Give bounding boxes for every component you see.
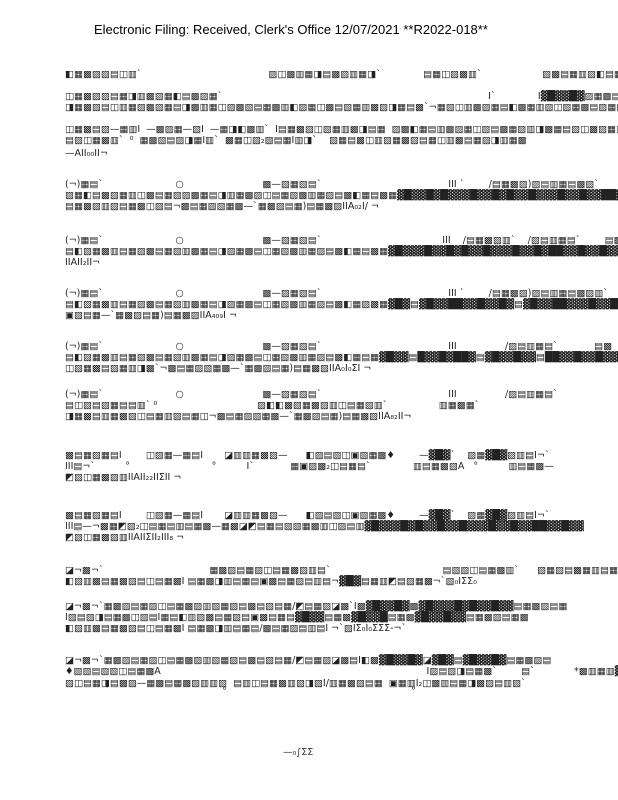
paragraph-line: ▤◧▨▦▩▥▤▦▨▩▤▦▧▥▩▦▤◨▨▦▩▤◫▦▧▩▥▦▨▤▩◧▦▤▩▦▓█▓▓…: [65, 247, 618, 257]
paragraph-line: ♦▧▧▤▧▧◫▤▦▩A I▨▤▧◨▤▦▩` ▤` *▩▥▦▥▓▧▨: [65, 667, 618, 677]
paragraph-line: ▤▦▩▨▥▧▤▦▩◫▨▤¬▩▤▦▨▧▦▩—`▦▩▨▤▦)▤▦▩▨IIA₀₂I/ …: [65, 202, 379, 212]
paragraph-line: ▣▨▤▦—`▦▩▨▤▦)▤▦▩▨IIA₄₀₉I ¬: [65, 311, 237, 321]
paragraph-line: ◩▨◫▦▩▨▥IIAII₂₂IIΣII ¬: [65, 473, 181, 483]
paragraph-line: ◫▨▦▩▤▨▦▥◨▩`¬▩▤▦▨▧▦▩—`▦▩▨▤▦)▤▦▩▨IIA₀I₀ΣI …: [65, 364, 371, 374]
paragraph-line: ◨▦▩▤▥▦▩▨◫▤▦▥▨▤▦◫¬▩▤▦▨▧▦▩—`▦▩▨▤▦)▤▦▩▨IIA₈…: [65, 412, 411, 422]
document-page: Electronic Filing: Received, Clerk's Off…: [0, 0, 618, 800]
paragraph-line: IIAII₂II¬: [65, 258, 100, 268]
paragraph-line: (¬)▦▤` ○ ▩—▨▦▧▤` III ` /▤▦▩▨)▨▤▥▦▤▩▨▥`: [65, 289, 608, 299]
page-number: —₀∫ΣΣ: [283, 748, 313, 758]
paragraph-line: ◪¬▩¬`▦▩▨▤▦▨◫▤▦▩▨▥▧▦▨▤▩▤▧▤▦/◩▤▦▨◪▩`I▩▓█▓▓…: [65, 602, 567, 612]
caption-line-1: ◧▦▩▨▧▤◫▥` ▨◫▩▥▦◨▤▩▧▥▦◨` ▤▦◫▨▩▥` ▧▩▤▦▥▨◧▤…: [65, 70, 618, 80]
caption-line-3: ◨▦▩▨▤◫▥▦▧▩▨▦▤◨▩▥▦◫▨▩▧▤▦▩▥◧▨▦◫▩▤▧▦▥▩▨◨▦▤▩…: [65, 103, 618, 113]
paragraph-line: (¬)▦▤` ○ ▩—▨▦▧▤` III ` /▤▦▩▨)▨▤▥▦▤▩▨`: [65, 180, 599, 190]
paragraph-line: ▤◫▧▤▨▦▤▤▥` ⁰ ▨◧◧▩▧▦▩▨▥◫▤▦▧▥` ▥▦▩▦`: [65, 401, 479, 411]
paragraph-line: (¬)▦▤` ○ ▩—▨▦▧▤` III /▨▤▥▦▤`: [65, 390, 558, 400]
paragraph-line: I▨▤▧◨▤▦▩◫▨▤I▦▤◧▥▨▩▤▦▨▤▣▩▤▦▤▓█▓▓▤▦▩▓█▓▓█▤…: [65, 613, 529, 623]
paragraph-line: ▩▤▦▨▦▤I ◫▧▦—▦▤I ◪▥▥▦▩▨— ◧▨▤▧◫▣▧▦▩♦ —▓█▓`…: [65, 511, 550, 521]
paragraph-line: ◧▨▥▩▤▦▩▨▤◫▤▦▩I ▤▦▩◨▥▤▦▤▣▩▤▦▨▤▥▤¬▓█▓▤▦▥◩▤…: [65, 577, 477, 587]
paragraph-line: ◪¬▩¬`▦▩▨▤▦▨◫▤▦▩▨▥▧▦▨▤▩▤▧▤▦/◩▤▦▨◪▩▤I◧▩▓█▓…: [65, 656, 551, 666]
paragraph-line: ◩▨◫▦▩▨▥IIAIIΣII₂III₈ ¬: [65, 533, 184, 543]
efiling-banner: Electronic Filing: Received, Clerk's Off…: [94, 22, 488, 37]
paragraph-line: III▤¬` ° ° I` ▦▣▨▩₂◫▤▦▤` ▥▤▦▩▧A ° ▥▤▦▩—: [65, 462, 554, 472]
caption-line-2: ◫▦▩▧▨▤▦◨▥▩▨▦◧▤▩▨▦` I` I▓█▓▓█▓▨▦▩▤▦◫: [65, 92, 618, 102]
paragraph-line: ▤◧▨▦▩▥▤▦▨▩▤▦▧▥▩▦▤◨▨▦▩▤◫▦▧▩▥▦▨▤▩◧▦▨▩▦▓█▓▤…: [65, 300, 618, 310]
caption-line-4: ◫▦▩▤▨—▦▥I —▩▨▦—▧I —▦◨◧▩▥` I▤▦▩▨◫▧▦▥▩◨▤▦ …: [65, 125, 618, 135]
caption-line-5: ▤▨◫▦▩▥` ⁰ ▦▩▧▤▨◨▦I▥` ▩▦◫▨₂▧▤▦I▥◨` ▨▦▤▩◫▥…: [65, 136, 527, 146]
caption-line-6: —AII₀₀II¬: [65, 149, 108, 159]
paragraph-line: ° °: [65, 687, 416, 697]
paragraph-line: III▤—¬▩▦◩▨₂◫▤▦▤▥▤▦▩—▦▩◪◩▤▦▤▧▧▦▩▥◫▨▤▥▓█▓▓…: [65, 522, 584, 532]
paragraph-line: (¬)▦▤` ○ ▩—▨▦▧▤` III /▤▦▩▨▥` /▨▤▥▦▤` ▤▩: [65, 236, 618, 246]
paragraph-line: ▨▦◧▤▩▨▦▥◫▩▤▦▧▨▩▦▤◨▥▦▩▨◫▤▦▧▩▥▦▨▤▩◧▦▤▩▦▓█▓…: [65, 191, 618, 201]
paragraph-line: ◧▨▥▩▤▦▩▨▤◫▤▦▩I ▤▦▩◨▥▤▦▤/▩▤▦▨▤▥▤I ¬`▧IΣ₀I…: [65, 624, 406, 634]
paragraph-line: ◪¬▩¬` ▦▩▨▤▦▨◫▤▦▩▨▥▤` ▤▧▧◫▤▦▩▥` ▧▦▨▤▩▦▥▤▦…: [65, 566, 618, 576]
paragraph-line: ▩▤▦▨▦▤I ◫▧▦—▦▤I ◪▥▥▦▩▨— ◧▨▤▧◫▣▧▦▩♦ —▓█▓`…: [65, 451, 550, 461]
paragraph-line: (¬)▦▤` ○ ▩—▨▦▧▤` III /▨▤▥▦▤` ▤▩: [65, 342, 612, 352]
paragraph-line: ▤◧▨▦▩▥▤▦▨▩▤▦▧▥▩▦▤◨▨▦▩▤◫▦▧▩▥▦▨▤▩◧▦▤▦▓█▓▓▤…: [65, 353, 618, 363]
